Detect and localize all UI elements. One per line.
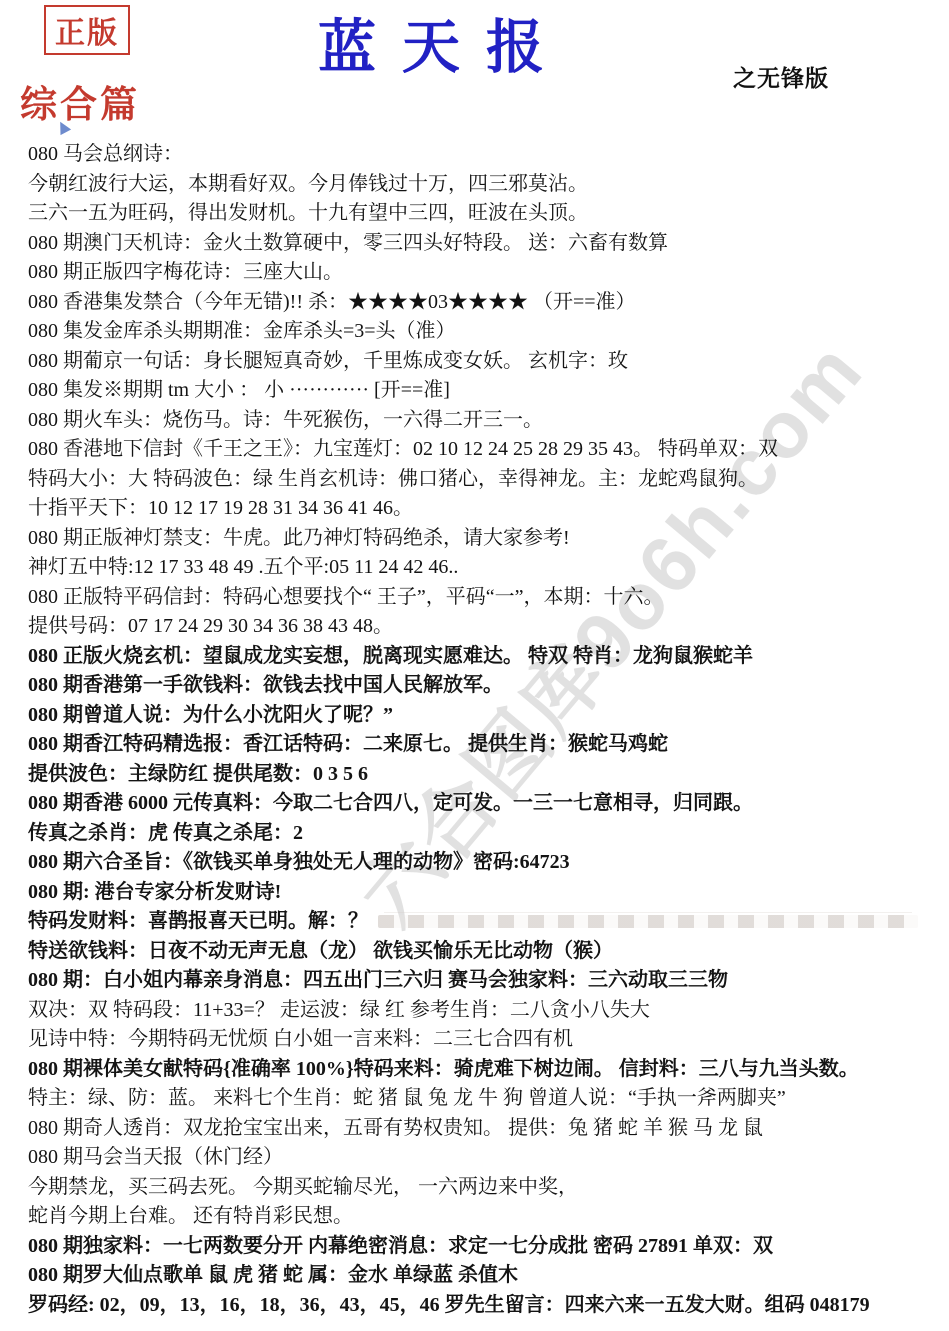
report-line: 080 期: 港台专家分析发财诗! [28, 878, 943, 908]
report-line: 080 期奇人透肖：双龙抢宝宝出来，五哥有势权贵知。 提供：兔 猪 蛇 羊 猴 … [28, 1114, 943, 1144]
report-line: 080 香港集发禁合（今年无错)!! 杀：★★★★03★★★★ （开==准） [28, 288, 943, 318]
report-line: 提供波色：主绿防红 提供尾数：0 3 5 6 [28, 760, 943, 790]
report-line: 080 期罗大仙点歌单 鼠 虎 猪 蛇 属：金水 单绿蓝 杀值木 [28, 1261, 943, 1291]
report-line: 080 期六合圣旨：《欲钱买单身独处无人理的动物》密码:64723 [28, 848, 943, 878]
report-line: 080 期葡京一句话：身长腿短真奇妙，千里炼成变女妖。 玄机字：玫 [28, 347, 943, 377]
report-line: 080 期香港第一手欲钱料：欲钱去找中国人民解放军。 [28, 671, 943, 701]
report-line: 080 期曾道人说：为什么小沈阳火了呢？” [28, 701, 943, 731]
genuine-stamp-label: 正版 [55, 8, 119, 52]
report-line: 080 集发金库杀头期期准：金库杀头=3=头（准） [28, 317, 943, 347]
redacted-smear [378, 915, 918, 928]
report-line: 080 期澳门天机诗：金火土数算硬中，零三四头好特段。 送：六畜有数算 [28, 229, 943, 259]
report-line: 特主：绿、防：蓝。 来料七个生肖：蛇 猪 鼠 兔 龙 牛 狗 曾道人说：“手执一… [28, 1084, 943, 1114]
report-line: 今期禁龙，买三码去死。 今期买蛇输尽光， 一六两边来中奖， [28, 1173, 943, 1203]
report-line: 080 期马会当天报（休门经） [28, 1143, 943, 1173]
report-line: 见诗中特：今期特码无忧烦 白小姐一言来料：二三七合四有机 [28, 1025, 943, 1055]
section-title: 综合篇 [20, 74, 140, 128]
report-line: 080 期香江特码精选报：香江话特码：二来原七。 提供生肖：猴蛇马鸡蛇 [28, 730, 943, 760]
report-line: 特码发财料：喜鹊报喜天已明。解：？ [28, 907, 943, 937]
report-line: 080 正版特平码信封：特码心想要找个“ 王子”，平码“一”，本期：十六。 [28, 583, 943, 613]
newspaper-page: { "page": { "stamp": "正版", "title": "蓝天报… [0, 0, 949, 1331]
report-line: 080 期正版四字梅花诗：三座大山。 [28, 258, 943, 288]
report-body: 080 马会总纲诗： 今朝红波行大运，本期看好双。今月俸钱过十万，四三邪莫沾。 … [28, 140, 943, 1320]
report-line: 蛇肖今期上台难。 还有特肖彩民想。 [28, 1202, 943, 1232]
report-line: 080 马会总纲诗： [28, 140, 943, 170]
report-line: 080 香港地下信封《千王之王》：九宝莲灯：02 10 12 24 25 28 … [28, 435, 943, 465]
report-line: 080 期裸体美女献特码{准确率 100%}特码来料：骑虎难下树边闹。 信封料：… [28, 1055, 943, 1085]
report-line: 080 正版火烧玄机：望鼠成龙实妄想，脱离现实愿难达。 特双 特肖：龙狗鼠猴蛇羊 [28, 642, 943, 672]
genuine-stamp: 正版 [44, 5, 130, 55]
report-line: 080 期正版神灯禁支：牛虎。此乃神灯特码绝杀，请大家参考! [28, 524, 943, 554]
report-line: 三六一五为旺码，得出发财机。十九有望中三四，旺波在头顶。 [28, 199, 943, 229]
report-line: 080 期香港 6000 元传真料：今取二七合四八，定可发。一三一七意相寻，归同… [28, 789, 943, 819]
report-line: 080 期独家料：一七两数要分开 内幕绝密消息：求定一七分成批 密码 27891… [28, 1232, 943, 1262]
report-line: 今朝红波行大运，本期看好双。今月俸钱过十万，四三邪莫沾。 [28, 170, 943, 200]
report-line: 十指平天下：10 12 17 19 28 31 34 36 41 46。 [28, 494, 943, 524]
report-line: 特码大小：大 特码波色：绿 生肖玄机诗：佛口猪心，幸得神龙。主：龙蛇鸡鼠狗。 [28, 465, 943, 495]
report-line: 提供号码：07 17 24 29 30 34 36 38 43 48。 [28, 612, 943, 642]
report-line: 080 期：白小姐内幕亲身消息：四五出门三六归 赛马会独家料：三六动取三三物 [28, 966, 943, 996]
report-line: 特送欲钱料：日夜不动无声无息（龙） 欲钱买愉乐无比动物（猴） [28, 937, 943, 967]
report-line: 传真之杀肖：虎 传真之杀尾：2 [28, 819, 943, 849]
report-line: 080 期火车头：烧伤马。诗：牛死猴伤，一六得二开三一。 [28, 406, 943, 436]
report-line: 罗码经: 02，09，13，16，18，36，43，45，46 罗先生留言：四来… [28, 1291, 943, 1321]
report-line: 神灯五中特:12 17 33 48 49 .五个平:05 11 24 42 46… [28, 553, 943, 583]
page-title: 蓝天报 [318, 0, 570, 84]
report-line: 双决：双 特码段：11+33=？ 走运波：绿 红 参考生肖：二八贪小八失大 [28, 996, 943, 1026]
edition-label: 之无锋版 [733, 60, 829, 93]
report-line: 080 集发※期期 tm 大小 ： 小 ············ [开==准] [28, 376, 943, 406]
